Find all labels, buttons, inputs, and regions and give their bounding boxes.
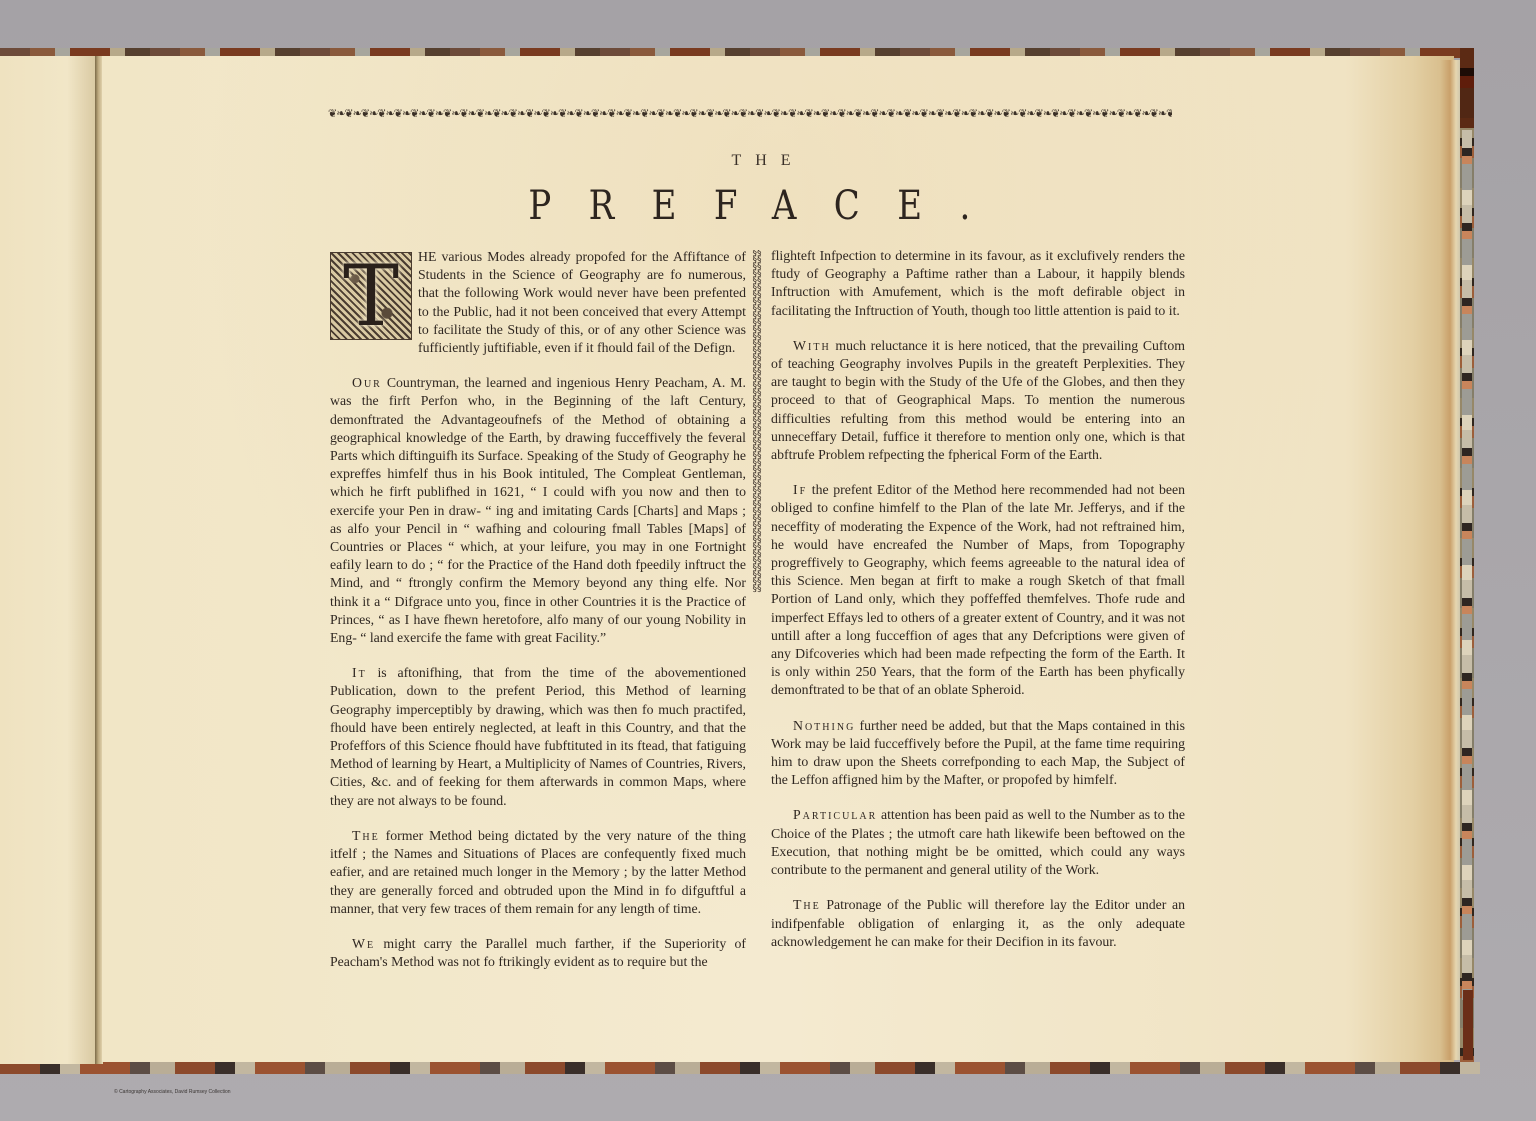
paragraph: If the prefent Editor of the Method here…	[771, 481, 1185, 699]
copyright-credit: © Cartography Associates, David Rumsey C…	[114, 1089, 231, 1095]
paragraph: With much reluctance it is here noticed,…	[771, 337, 1185, 464]
page-stack-edge	[1440, 60, 1460, 1060]
paragraph: Particular attention has been paid as we…	[771, 806, 1185, 879]
left-page	[0, 56, 97, 1064]
book-cover-bottom-edge	[0, 1062, 1480, 1074]
paragraph: Our Countryman, the learned and ingeniou…	[330, 374, 746, 647]
paragraph: We might carry the Parallel much farther…	[330, 935, 746, 971]
paragraph: flighteft Infpection to determine in its…	[771, 247, 1185, 320]
paragraph: Nothing further need be added, but that …	[771, 717, 1185, 790]
ornamental-dropcap-icon: T	[330, 252, 412, 340]
leather-corner	[1463, 990, 1473, 1060]
left-text-column: T HE various Modes already propofed for …	[330, 248, 746, 988]
right-text-column: flighteft Infpection to determine in its…	[771, 247, 1185, 968]
paragraph: The Patronage of the Public will therefo…	[771, 896, 1185, 951]
marbled-board-edge	[1462, 130, 1472, 1000]
title-the: THE	[0, 152, 1536, 170]
paragraph: The former Method being dictated by the …	[330, 827, 746, 918]
decorative-ornament-band: ❦❧❦❧❦❧❦❧❦❧❦❧❦❧❦❧❦❧❦❧❦❧❦❧❦❧❦❧❦❧❦❧❦❧❦❧❦❧❦❧…	[328, 108, 1172, 132]
page-title: PREFACE.	[115, 183, 1421, 229]
paragraph: T HE various Modes already propofed for …	[330, 248, 746, 357]
paragraph: It is aftonifhing, that from the time of…	[330, 664, 746, 810]
ornamental-column-rule: §§§§§§§§§§§§§§§§§§§§§§§§§§§§§§§§§§§§§§§§…	[752, 250, 762, 950]
